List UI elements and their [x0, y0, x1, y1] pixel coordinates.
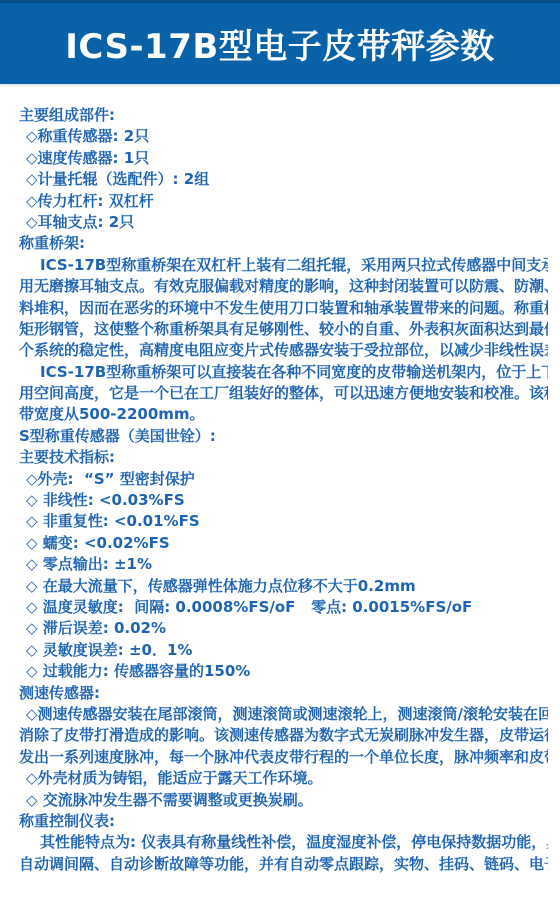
text-line: ◇ 过载能力: 传感器容量的150%	[19, 661, 548, 682]
text-line: ◇ 在最大流量下，传感器弹性体施力点位移不大于0.2mm	[19, 576, 548, 597]
text-line: 称重控制仪表:	[19, 811, 548, 832]
text-line: 称重桥架:	[19, 233, 548, 254]
text-line: 发出一系列速度脉冲，每一个脉冲代表皮带行程的一个单位长度，脉冲频率和皮带速度成正…	[19, 747, 548, 768]
text-line: ◇速度传感器: 1只	[19, 148, 548, 169]
text-line: ◇测速传感器安装在尾部滚筒，测速滚筒或测速滚轮上，测速滚筒/滚轮安装在回程皮带的…	[19, 704, 548, 725]
text-line: 矩形钢管，这使整个称重桥架具有足够刚性、较小的自重、外表积灰面积达到最低。为了保…	[19, 319, 548, 340]
text-line: 个系统的稳定性，高精度电阻应变片式传感器安装于受拉部位，以减少非线性误差。	[19, 340, 548, 361]
document-body: 主要组成部件:◇称重传感器: 2只◇速度传感器: 1只◇计量托辊（选配件）: 2…	[0, 84, 560, 875]
text-line: ◇ 滞后误差: 0.02%	[19, 618, 548, 639]
text-line: ◇ 非线性: <0.03%FS	[19, 490, 548, 511]
text-line: ◇传力杠杆: 双杠杆	[19, 191, 548, 212]
text-line: 主要组成部件:	[19, 105, 548, 126]
text-line: 带宽度从500-2200mm。	[19, 404, 548, 425]
text-line: ◇ 蠕变: <0.02%FS	[19, 533, 548, 554]
text-line: 用空间高度，它是一个已在工厂组装好的整体，可以迅速方便地安装和校准。该称重桥架适…	[19, 383, 548, 404]
text-line: ICS-17B型称重桥架可以直接装在各种不同宽度的皮带输送机架内，位于上下皮带之…	[19, 362, 548, 383]
text-line: 测速传感器:	[19, 683, 548, 704]
page-title: ICS-17B型电子皮带秤参数	[65, 19, 495, 68]
text-line: ◇外壳: “S” 型密封保护	[19, 469, 548, 490]
text-line: ◇外壳材质为铸铝，能适应于露天工作环境。	[19, 768, 548, 789]
text-line: 用无磨擦耳轴支点。有效克服偏载对精度的影响，这种封闭装置可以防震、防潮、防腐及防…	[19, 276, 548, 297]
text-line: 料堆积，因而在恶劣的环境中不发生使用刀口装置和轴承装置带来的问题。称重桥架的主梁…	[19, 298, 548, 319]
text-line: ◇计量托辊（选配件）: 2组	[19, 169, 548, 190]
text-line: ◇ 灵敏度误差: ±0．1%	[19, 640, 548, 661]
text-line: 主要技术指标:	[19, 447, 548, 468]
text-line: S型称重传感器（美国世铨）:	[19, 426, 548, 447]
text-line: ◇耳轴支点: 2只	[19, 212, 548, 233]
text-line: ◇ 零点输出: ±1%	[19, 554, 548, 575]
text-line: ICS-17B型称重桥架在双杠杆上装有二组托辊，采用两只拉式传感器中间支承，外侧…	[19, 255, 548, 276]
text-line: ◇称重传感器: 2只	[19, 126, 548, 147]
text-line: 其性能特点为: 仪表具有称量线性补偿，温度湿度补偿，停电保持数据功能，具有自动校…	[19, 832, 548, 853]
page-header: ICS-17B型电子皮带秤参数	[0, 0, 560, 84]
text-line: ◇ 非重复性: <0.01%FS	[19, 511, 548, 532]
text-line: 自动调间隔、自动诊断故障等功能，并有自动零点跟踪，实物、挂码、链码、电子标定功能…	[19, 854, 548, 875]
text-line: ◇ 交流脉冲发生器不需要调整或更换炭刷。	[19, 790, 548, 811]
text-line: ◇ 温度灵敏度: 间隔: 0.0008%FS/oF 零点: 0.0015%FS/…	[19, 597, 548, 618]
text-line: 消除了皮带打滑造成的影响。该测速传感器为数字式无炭刷脉冲发生器，皮带运行时，速度…	[19, 725, 548, 746]
